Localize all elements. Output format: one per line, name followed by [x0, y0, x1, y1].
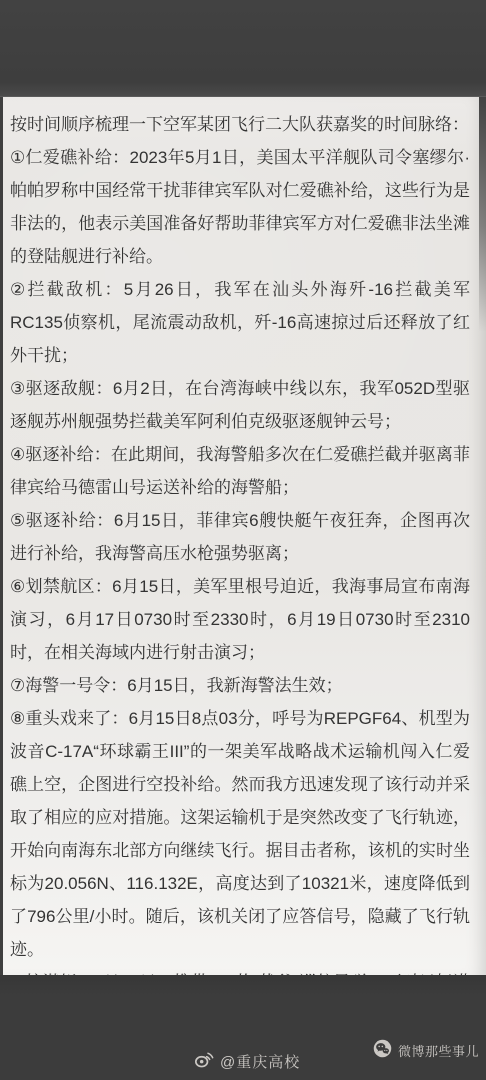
- post-paragraph-2: ②拦截敌机：5月26日，我军在汕头外海歼-16拦截美军RC135侦察机，尾流震动…: [10, 273, 470, 372]
- top-letterbox: [0, 0, 486, 97]
- wechat-icon: [372, 1038, 393, 1062]
- bottom-letterbox: @重庆高校 微博那些事儿: [0, 975, 486, 1080]
- post-paragraph-8: ⑧重头戏来了：6月15日8点03分，呼号为REPGF64、机型为波音C-17A“…: [10, 702, 470, 966]
- author-watermark-label: @重庆高校: [220, 1051, 300, 1072]
- post-paragraph-1: ①仁爱礁补给：2023年5月1日，美国太平洋舰队司令塞缪尔·帕帕罗称中国经常干扰…: [10, 141, 470, 273]
- channel-watermark: 微博那些事儿: [372, 1038, 479, 1062]
- post-paragraph-5: ⑤驱逐补给：6月15日，菲律宾6艘快艇午夜狂奔，企图再次进行补给，我海警高压水枪…: [10, 504, 470, 570]
- channel-watermark-label: 微博那些事儿: [398, 1041, 479, 1060]
- post-paragraph-4: ④驱逐补给：在此期间，我海警船多次在仁爱礁拦截并驱离菲律宾给马德雷山号运送补给的…: [10, 438, 470, 504]
- post-text-panel: 按时间顺序梳理一下空军某团飞行二大队获嘉奖的时间脉络： ①仁爱礁补给：2023年…: [3, 97, 486, 975]
- weibo-icon: [194, 1049, 214, 1073]
- post-paragraph-3: ③驱逐敌舰：6月2日，在台湾海峡中线以东，我军052D型驱逐舰苏州舰强势拦截美军…: [10, 372, 470, 438]
- post-paragraph-6: ⑥划禁航区：6月15日，美军里根号迫近，我海事局宣布南海演习，6月17日0730…: [10, 570, 470, 669]
- author-watermark: @重庆高校: [194, 1049, 300, 1073]
- post-paragraph-9: ⑨核潜艇：6月16日，携带154枚“战斧”巡航导弹，可对目标进行密集打击的美军核…: [10, 966, 470, 975]
- post-paragraph-7: ⑦海警一号令：6月15日，我新海警法生效；: [10, 669, 470, 702]
- post-intro: 按时间顺序梳理一下空军某团飞行二大队获嘉奖的时间脉络：: [10, 108, 470, 141]
- right-edge-shadow: [479, 97, 486, 332]
